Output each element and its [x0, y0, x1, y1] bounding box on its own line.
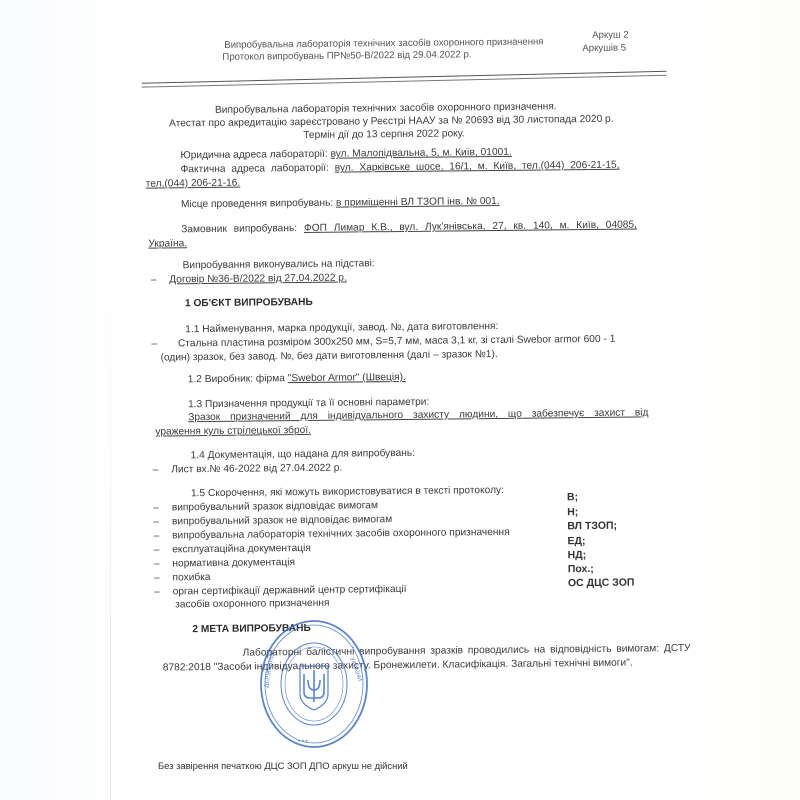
customer: Замовник випробувань: ФОП Лимар К.В., ву…	[181, 220, 637, 237]
abbreviation-item: –випробувальний зразок відповідає вимога…	[153, 500, 378, 514]
abbreviation-term: випробувальний зразок не відповідає вимо…	[172, 514, 392, 527]
svg-text:• • •: • • •	[298, 739, 308, 745]
abbreviation-item: –нормативна документація	[154, 557, 295, 570]
documentation-letter: Лист вх.№ 46-2022 від 27.04.2022 р.	[171, 463, 342, 476]
header-protocol: Протокол випробувань ПР№50-В/2022 від 29…	[222, 49, 471, 64]
abbreviation-code: В;	[567, 491, 578, 503]
sample-description-line-2: (один) зразок, без завод. №, без дати ви…	[160, 349, 497, 365]
abbreviation-term: похибка	[172, 572, 210, 583]
test-place-value: в приміщенні ВЛ ТЗОП інв. № 001.	[336, 196, 500, 209]
section-1-1-item: – Стальна пластина розміром 300х250 мм, …	[151, 334, 615, 351]
abbreviation-term: випробувальний зразок відповідає вимогам	[172, 500, 378, 513]
abbreviation-item: –випробувальний зразок не відповідає вим…	[153, 514, 392, 529]
abbreviation-term-continued: засобів охоронного призначення	[175, 598, 329, 612]
header-sheet: Аркуш 2	[592, 30, 629, 42]
test-place-label: Місце проведення випробувань:	[181, 198, 333, 211]
manufacturer-label: 1.2 Виробник: фірма	[188, 373, 285, 385]
legal-address-value: вул. Малопідвальна, 5, м. Київ, 01001.	[330, 147, 511, 160]
section-1-title: 1 ОБ'ЄКТ ВИПРОБУВАНЬ	[185, 297, 313, 310]
manufacturer-value: "Swebor Armor" (Швеція).	[288, 372, 406, 384]
abbreviation-term: нормативна документація	[172, 557, 295, 569]
footer-validity-note: Без завірення печаткою ДЦС ЗОП ДПО аркуш…	[158, 760, 408, 772]
basis-item: – Договір №36-В/2022 від 27.04.2022 р.	[151, 273, 347, 287]
abbreviation-term: орган сертифікації державний центр серти…	[173, 584, 407, 597]
intro-line-3: Термін дії до 13 серпня 2022 року.	[303, 128, 465, 142]
abbreviation-term: випробувальна лабораторія технічних засо…	[172, 527, 510, 542]
actual-address-value: вул. Харківське шосе, 16/1, м. Київ, тел…	[335, 160, 620, 174]
legal-address-label: Юридична адреса лабораторії:	[180, 149, 327, 162]
list-dash: –	[154, 559, 160, 570]
section-1-4-label: 1.4 Документація, що надана для випробув…	[191, 448, 416, 462]
actual-address-label: Фактична адреса лабораторії:	[181, 163, 329, 176]
purpose-line-2: ураження куль стрілецької зброї.	[155, 425, 311, 439]
header-divider	[142, 71, 667, 88]
customer-value-continued: Україна.	[148, 238, 187, 250]
protocol-document: Випробувальна лабораторія технічних засо…	[0, 0, 800, 800]
basis-label: Випробування виконувались на підставі:	[183, 258, 375, 272]
customer-label: Замовник випробувань:	[181, 223, 297, 235]
abbreviation-term: експлуатаційна документація	[172, 543, 311, 555]
section-1-2: 1.2 Виробник: фірма "Swebor Armor" (Швец…	[188, 372, 406, 386]
section-1-4-item: – Лист вх.№ 46-2022 від 27.04.2022 р.	[153, 463, 343, 477]
abbreviation-item: –експлуатаційна документація	[154, 543, 311, 557]
list-dash: –	[151, 339, 157, 350]
customer-value: ФОП Лимар К.В., вул. Лук'янівська, 27, к…	[304, 220, 637, 234]
header-sheets-total: Аркушів 5	[582, 43, 626, 55]
list-dash: –	[151, 275, 157, 286]
section-1-1-label: 1.1 Найменування, марка продукції, завод…	[185, 321, 498, 336]
list-dash: –	[154, 545, 160, 556]
trident-seal-icon: ДЕРЖАВНИЙ УКРАЇНИ • • •	[258, 618, 370, 750]
actual-address-continued: тел.(044) 206-21-16.	[146, 178, 241, 191]
list-dash: –	[153, 517, 159, 528]
basis-contract: Договір №36-В/2022 від 27.04.2022 р.	[169, 273, 347, 286]
list-dash: –	[154, 573, 160, 584]
list-dash: –	[154, 587, 160, 598]
abbreviation-code: ЕД;	[567, 535, 585, 547]
section-1-3-label: 1.3 Призначення продукції та її основні …	[188, 397, 429, 412]
actual-address: Фактична адреса лабораторії: вул. Харків…	[181, 160, 620, 177]
svg-text:УКРАЇНИ: УКРАЇНИ	[348, 656, 363, 682]
abbreviation-code: ВЛ ТЗОП;	[567, 520, 617, 533]
section-2-line-2: 8782:2018 "Засоби індивідуального захист…	[163, 658, 633, 675]
svg-text:ДЕРЖАВНИЙ: ДЕРЖАВНИЙ	[262, 649, 277, 688]
test-place: Місце проведення випробувань: в приміщен…	[181, 196, 500, 211]
sample-description-line-1: Стальна пластина розміром 300х250 мм, S=…	[178, 334, 616, 350]
list-dash: –	[153, 465, 159, 476]
abbreviation-code: НД;	[568, 549, 587, 561]
abbreviation-code: Пох.;	[568, 563, 594, 575]
list-dash: –	[153, 503, 159, 514]
abbreviation-code: Н;	[567, 506, 578, 518]
abbreviation-item: –орган сертифікації державний центр серт…	[154, 584, 407, 599]
abbreviation-code: ОС ДЦС ЗОП	[568, 577, 635, 590]
legal-address: Юридична адреса лабораторії: вул. Малопі…	[180, 147, 511, 162]
abbreviation-item: –похибка	[154, 572, 211, 585]
list-dash: –	[153, 531, 159, 542]
abbreviation-item: –випробувальна лабораторія технічних зас…	[153, 527, 509, 543]
section-1-5-label: 1.5 Скорочення, які можуть використовува…	[191, 485, 504, 500]
